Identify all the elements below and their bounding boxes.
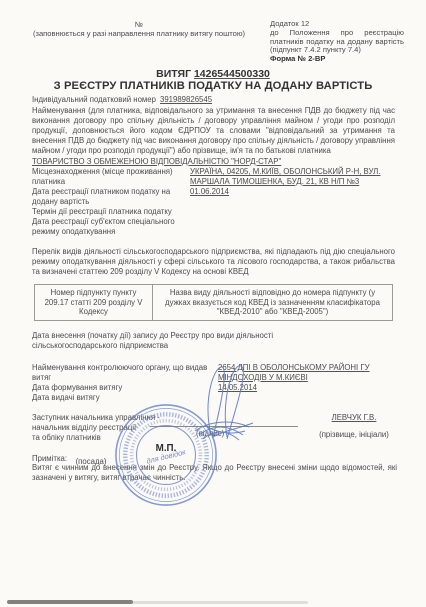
number-label: № <box>20 20 258 29</box>
name-caption: (прізвище, ініціали) <box>286 430 422 440</box>
special-regime-row: Дата реєстрації суб'єктом спеціального р… <box>32 217 395 237</box>
title-word: ВИТЯГ <box>156 68 191 80</box>
mail-note: (заповнюється у разі направлення платник… <box>20 29 258 38</box>
company-name-row: ТОВАРИСТВО З ОБМЕЖЕНОЮ ВІДПОВІДАЛЬНІСТЮ … <box>32 157 395 167</box>
mail-number-block: № (заповнюється у разі направлення платн… <box>20 20 258 64</box>
signer-name: ЛЕВЧУК Г.В. <box>290 413 418 423</box>
document-body: Індивідуальний податковий номер 39198982… <box>0 95 426 403</box>
table-col2-header: Назва виду діяльності відповідно до номе… <box>153 284 393 320</box>
signature-section: Заступник начальника управління - началь… <box>0 413 426 548</box>
location-value: УКРАЇНА, 04205, М.КИЇВ, ОБОЛОНСЬКИЙ Р-Н,… <box>190 167 380 186</box>
company-name: ТОВАРИСТВО З ОБМЕЖЕНОЮ ВІДПОВІДАЛЬНІСТЮ … <box>32 157 281 166</box>
tax-number-value: 391989826545 <box>160 95 212 104</box>
signature-scribble-icon <box>183 361 279 445</box>
document-title: ВИТЯГ 1426544500330 <box>0 68 426 80</box>
activities-intro: Перелік видів діяльності сільськогоспода… <box>32 247 395 277</box>
vat-reg-date-label: Дата реєстрації платником податку на дод… <box>32 187 190 207</box>
activities-table: Номер підпункту пункту 209.17 статті 209… <box>34 284 393 321</box>
term-label: Термін дії реєстрації платника податку <box>32 207 190 217</box>
location-label: Місцезнаходження (місце проживання) плат… <box>32 167 190 187</box>
appendix-block: Додаток 12 до Положення про реєстрацію п… <box>270 20 404 64</box>
form-number: Форма № 2-ВР <box>270 55 404 64</box>
name-description: Найменування (для платника, відповідальн… <box>32 106 395 156</box>
scan-smudge-light <box>128 601 308 604</box>
vat-reg-date-row: Дата реєстрації платником податку на дод… <box>32 187 395 207</box>
special-regime-label: Дата реєстрації суб'єктом спеціального р… <box>32 217 190 237</box>
term-row: Термін дії реєстрації платника податку <box>32 207 395 217</box>
tax-number-label: Індивідуальний податковий номер <box>32 95 160 105</box>
special-regime-value-empty <box>190 217 395 237</box>
term-value-empty <box>190 207 395 217</box>
location-row: Місцезнаходження (місце проживання) плат… <box>32 167 395 187</box>
table-col1-header: Номер підпункту пункту 209.17 статті 209… <box>35 284 153 320</box>
header-row: № (заповнюється у разі направлення платн… <box>0 0 426 64</box>
title-number: 1426544500330 <box>194 68 270 80</box>
table-header-row: Номер підпункту пункту 209.17 статті 209… <box>35 284 393 320</box>
tax-number-row: Індивідуальний податковий номер 39198982… <box>32 95 395 105</box>
document-subtitle: З РЕЄСТРУ ПЛАТНИКІВ ПОДАТКУ НА ДОДАНУ ВА… <box>0 80 426 93</box>
entry-date-label: Дата внесення (початку дії) запису до Ре… <box>32 331 292 351</box>
vat-reg-date-value: 01.06.2014 <box>190 187 229 196</box>
appendix-line2: до Положення про реєстрацію платників по… <box>270 29 404 55</box>
scan-smudge <box>7 600 133 604</box>
document-page: № (заповнюється у разі направлення платн… <box>0 0 426 607</box>
